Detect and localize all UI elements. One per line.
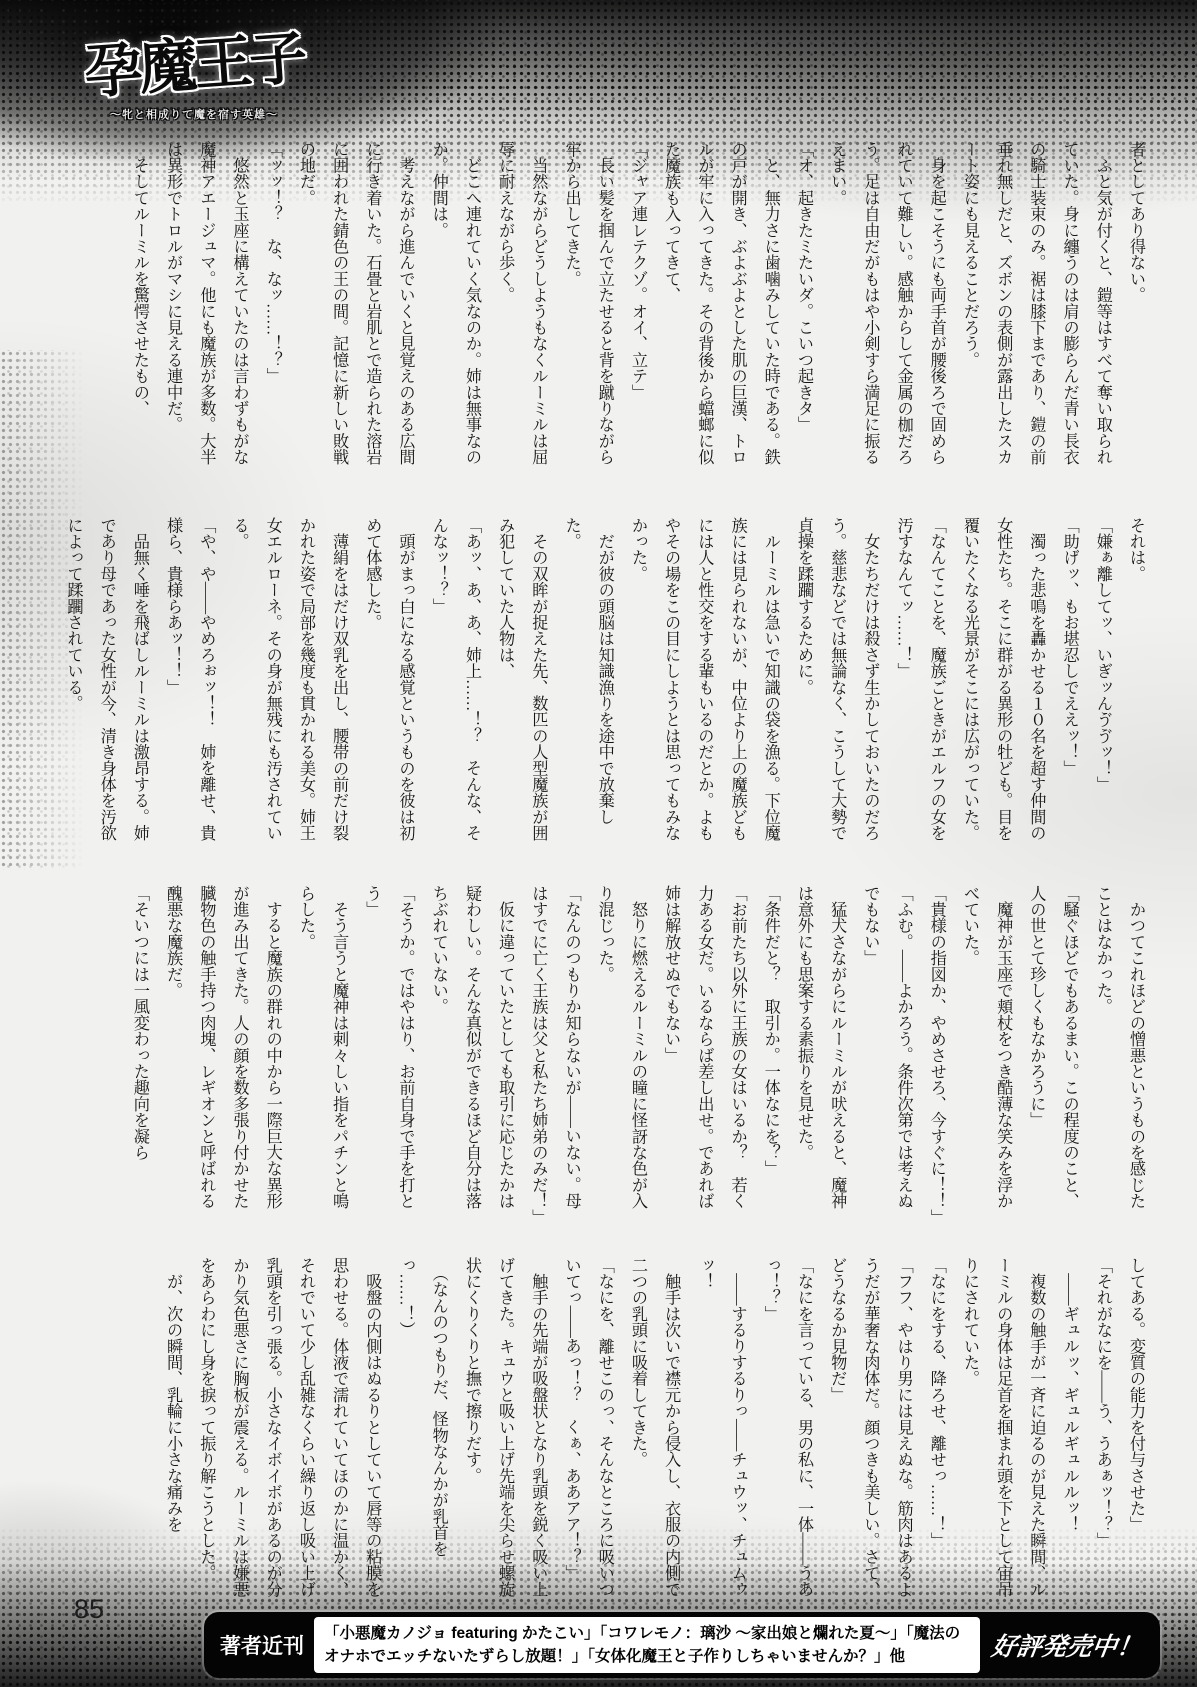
paragraph: 「そうか。ではやはり、お前自身で手を打とう」 bbox=[355, 885, 421, 1223]
paragraph: 「ジャア連レテクゾ。オイ、立テ」 bbox=[621, 141, 654, 475]
paragraph: 頭がまっ白になる感覚というものを彼は初めて体感した。 bbox=[355, 517, 421, 855]
text-band-3: かつてこれほどの憎悪というものを感じたことはなかった。「騒ぐほどでもあるまい。こ… bbox=[62, 885, 1152, 1223]
paragraph: 「ふむ。――よかろう。条件次第では考えぬでもない」 bbox=[853, 885, 919, 1223]
paragraph: 吸盤の内側はぬるりとしていて唇等の粘膜を思わせる。体液で濡れていてほのかに温かく… bbox=[189, 1257, 388, 1599]
paragraph: 「そいつには一風変わった趣向を凝ら bbox=[123, 885, 156, 1223]
paragraph: 「あッ、あ、あ、姉上……！？ そんな、そんなッ！？」 bbox=[422, 517, 488, 855]
paragraph: 「フフ、やはり男には見えぬな。筋肉はあるようだが華奢な肉体だ。顔つきも美しい。さ… bbox=[820, 1257, 920, 1599]
paragraph: 薄絹をはだけ双乳を出し、腰帯の前だけ裂かれた姿で局部を幾度も貫かれる美女。姉王女… bbox=[222, 517, 355, 855]
paragraph: 者としてあり得ない。 bbox=[1119, 141, 1152, 475]
text-band-4: してある。変質の能力を付与させた」「それがなにを――う、うあぁッ！？」 ――ギュ… bbox=[62, 1257, 1152, 1599]
book-logo: 孕魔王子 ～牝と相成りて魔を宿す英雄～ bbox=[44, 18, 344, 122]
paragraph: 「なにを言っている、男の私に、一体――うあっ！？」 bbox=[754, 1257, 820, 1599]
page-number: 85 bbox=[74, 1594, 104, 1625]
paragraph: 魔神が玉座で頬杖をつき酷薄な笑みを浮かべていた。 bbox=[953, 885, 1019, 1223]
paragraph: 「それがなにを――う、うあぁッ！？」 bbox=[1086, 1257, 1119, 1599]
paragraph: 「なにをする、降ろせ、離せっ……！」 bbox=[920, 1257, 953, 1599]
text-band-2: それは。「嫌ぁ離してッ、いぎッんゔゔッ！」「助げッ、もお堪忍しでええッ！」 濁っ… bbox=[62, 517, 1152, 855]
footer-banner: 著者近刊 「小悪魔カノジョ featuring かたこい」「コワレモノ：璃沙 ～… bbox=[204, 1612, 1160, 1678]
paragraph: 猛犬さながらにルーミルが吠えると、魔神は意外にも思案する素振りを見せた。 bbox=[787, 885, 853, 1223]
paragraph: ふと気が付くと、鎧等はすべて奪い取られていた。身に纏うのは肩の膨らんだ青い長衣の… bbox=[953, 141, 1119, 475]
paragraph: 「嫌ぁ離してッ、いぎッんゔゔッ！」 bbox=[1086, 517, 1119, 855]
paragraph: 仮に違っていたとしても取引に応じたかは疑わしい。そんな真似ができるほど自分は落ち… bbox=[422, 885, 522, 1223]
paragraph: 考えながら進んでいくと見覚えのある広間に行き着いた。石畳と岩肌とで造られた溶岩に… bbox=[289, 141, 422, 475]
paragraph: 「お前たち以外に王族の女はいるか？ 若く力ある女だ。いるならば差し出せ。であれば… bbox=[654, 885, 754, 1223]
paragraph: そう言うと魔神は刺々しい指をパチンと鳴らした。 bbox=[289, 885, 355, 1223]
paragraph: 怒りに燃えるルーミルの瞳に怪訝な色が入り混じった。 bbox=[588, 885, 654, 1223]
paragraph: すると魔族の群れの中から一際巨大な異形が進み出てきた。人の顔を数多張り付かせた臓… bbox=[156, 885, 289, 1223]
paragraph: してある。変質の能力を付与させた」 bbox=[1119, 1257, 1152, 1599]
paragraph: （なんのつもりだ、怪物なんかが乳首をっ……！） bbox=[388, 1257, 454, 1599]
footer-book-titles: 「小悪魔カノジョ featuring かたこい」「コワレモノ：璃沙 ～家出娘と爛… bbox=[314, 1617, 980, 1674]
paragraph: 複数の触手が一斉に迫るのが見えた瞬間、ルーミルの身体は足首を掴まれ頭を下として宙… bbox=[953, 1257, 1053, 1599]
paragraph: どこへ連れていく気なのか。姉は無事なのか。仲間は。 bbox=[422, 141, 488, 475]
paragraph: 身を起こそうにも両手首が腰後ろで固められていて難しい。感触からして金属の枷だろう… bbox=[820, 141, 953, 475]
paragraph: ――ギュルッ、ギュルギュルルッ！ bbox=[1052, 1257, 1085, 1599]
paragraph: 「貴様の指図か、やめさせろ、今すぐに！！」 bbox=[920, 885, 953, 1223]
footer-on-sale-status: 好評発売中！ bbox=[977, 1627, 1152, 1663]
paragraph: 「なんてことを、魔族ごときがエルフの女を汚すなんてッ……！」 bbox=[886, 517, 952, 855]
text-band-1: 者としてあり得ない。 ふと気が付くと、鎧等はすべて奪い取られていた。身に纏うのは… bbox=[62, 141, 1152, 475]
paragraph: 触手は次いで襟元から侵入し、衣服の内側で二つの乳頭に吸着してきた。 bbox=[621, 1257, 687, 1599]
paragraph: 「や、や――やめろぉッ！！ 姉を離せ、貴様ら、貴様らあッ！！」 bbox=[156, 517, 222, 855]
paragraph: 「なんのつもりか知らないが――いない。母はすでに亡く王族は父と私たち姉弟のみだ！… bbox=[521, 885, 587, 1223]
paragraph: 女たちだけは殺さず生かしておいたのだろう。慈悲などでは無論なく、こうして大勢で貞… bbox=[787, 517, 887, 855]
paragraph: 濁った悲鳴を轟かせる１０名を超す仲間の女性たち。そこに群がる異形の牡ども。目を覆… bbox=[953, 517, 1053, 855]
paragraph: 当然ながらどうしようもなくルーミルは屈辱に耐えながら歩く。 bbox=[488, 141, 554, 475]
paragraph: ルーミルは急いで知識の袋を漁る。下位魔族には見られないが、中位より上の魔族どもに… bbox=[621, 517, 787, 855]
paragraph: それは。 bbox=[1119, 517, 1152, 855]
paragraph: ――するりするりっ――チュウッ、チュムゥッ！ bbox=[687, 1257, 753, 1599]
paragraph: 「助げッ、もお堪忍しでええッ！」 bbox=[1052, 517, 1085, 855]
footer-author-works-label: 著者近刊 bbox=[214, 1630, 314, 1660]
paragraph: 「騒ぐほどでもあるまい。この程度のこと、人の世とて珍しくもなかろうに」 bbox=[1019, 885, 1085, 1223]
paragraph: その双眸が捉えた先、数匹の人型魔族が囲み犯していた人物は、 bbox=[488, 517, 554, 855]
novel-page: 孕魔王子 ～牝と相成りて魔を宿す英雄～ 者としてあり得ない。 ふと気が付くと、鎧… bbox=[0, 0, 1197, 1687]
paragraph: が、次の瞬間、乳輪に小さな痛みを bbox=[156, 1257, 189, 1599]
paragraph: かつてこれほどの憎悪というものを感じたことはなかった。 bbox=[1086, 885, 1152, 1223]
paragraph: 長い髪を掴んで立たせると背を蹴りながら牢から出してきた。 bbox=[554, 141, 620, 475]
paragraph: 触手の先端が吸盤状となり乳頭を鋭く吸い上げてきた。キュウと吸い上げ先端を尖らせ螺… bbox=[455, 1257, 555, 1599]
paragraph: 「オ、起きたミたいダ。こいつ起きタ」 bbox=[787, 141, 820, 475]
paragraph: そしてルーミルを驚愕させたもの、 bbox=[123, 141, 156, 475]
paragraph: と、無力さに歯噛みしていた時である。鉄の戸が開き、ぶよぶよとした肌の巨漢、トロル… bbox=[654, 141, 787, 475]
paragraph: だが彼の頭脳は知識漁りを途中で放棄した。 bbox=[554, 517, 620, 855]
paragraph: 品無く唾を飛ばしルーミルは激昂する。姉であり母であった女性が今、清き身体を汚欲に… bbox=[62, 517, 156, 855]
paragraph: 「ッッ！？ な、なッ……！？」 bbox=[256, 141, 289, 475]
logo-title: 孕魔王子 bbox=[41, 8, 346, 113]
paragraph: 「なにを、離せこのっ、そんなところに吸いついてっ――あっ！？ くぁ、ああアア！？… bbox=[554, 1257, 620, 1599]
paragraph: 悠然と玉座に構えていたのは言わずもがな魔神アエージュマ。他にも魔族が多数。大半は… bbox=[156, 141, 256, 475]
paragraph: 「条件だと？ 取引か。一体なにを？」 bbox=[754, 885, 787, 1223]
